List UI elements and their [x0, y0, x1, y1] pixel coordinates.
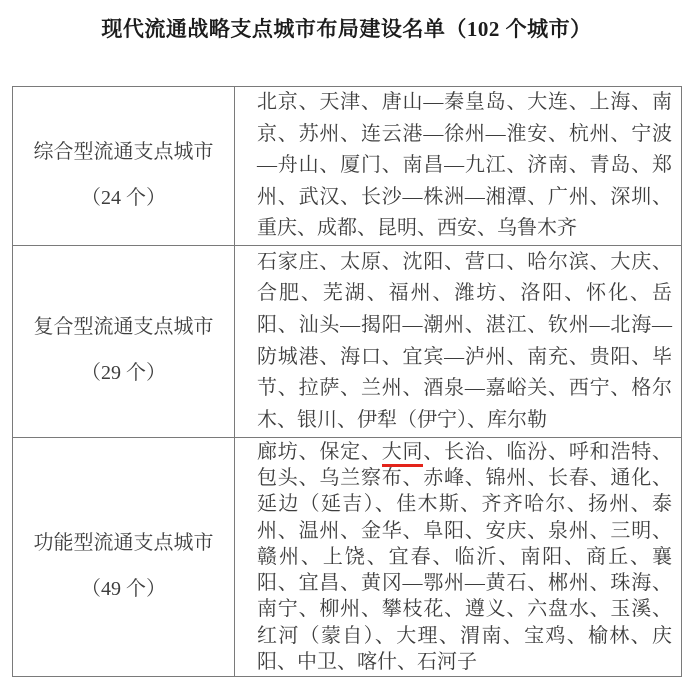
- cities-text-functional: 廊坊、保定、大同、长治、临汾、呼和浩特、包头、乌兰察布、赤峰、锦州、长春、通化、…: [257, 439, 672, 676]
- cities-text-comprehensive: 北京、天津、唐山—秦皇岛、大连、上海、南京、苏州、连云港—徐州—淮安、杭州、宁波…: [257, 87, 672, 245]
- cities-segment-underlined-datong: 大同: [382, 441, 424, 467]
- city-list-table: 综合型流通支点城市 （24 个） 北京、天津、唐山—秦皇岛、大连、上海、南京、苏…: [12, 86, 682, 677]
- cities-cell-functional: 廊坊、保定、大同、长治、临汾、呼和浩特、包头、乌兰察布、赤峰、锦州、长春、通化、…: [234, 437, 681, 676]
- category-name-comprehensive: 综合型流通支点城市: [34, 135, 214, 164]
- cities-cell-comprehensive: 北京、天津、唐山—秦皇岛、大连、上海、南京、苏州、连云港—徐州—淮安、杭州、宁波…: [234, 87, 681, 245]
- cities-segment-after: 、长治、临汾、呼和浩特、包头、乌兰察布、赤峰、锦州、长春、通化、延边（延吉）、佳…: [257, 441, 672, 673]
- document-title: 现代流通战略支点城市布局建设名单（102 个城市）: [0, 13, 693, 43]
- category-count-composite: （29 个）: [81, 356, 166, 385]
- category-count-functional: （49 个）: [81, 572, 166, 601]
- category-cell-comprehensive: 综合型流通支点城市 （24 个）: [13, 87, 234, 245]
- category-cell-functional: 功能型流通支点城市 （49 个）: [13, 437, 234, 676]
- category-name-functional: 功能型流通支点城市: [34, 526, 214, 555]
- category-name-composite: 复合型流通支点城市: [34, 310, 214, 339]
- document-page: 现代流通战略支点城市布局建设名单（102 个城市） 综合型流通支点城市 （24 …: [0, 0, 693, 693]
- cities-segment-before: 廊坊、保定、: [257, 441, 382, 463]
- cities-cell-composite: 石家庄、太原、沈阳、营口、哈尔滨、大庆、合肥、芜湖、福州、潍坊、洛阳、怀化、岳阳…: [234, 245, 681, 437]
- category-count-comprehensive: （24 个）: [81, 181, 166, 210]
- cities-text-composite: 石家庄、太原、沈阳、营口、哈尔滨、大庆、合肥、芜湖、福州、潍坊、洛阳、怀化、岳阳…: [257, 247, 672, 437]
- category-cell-composite: 复合型流通支点城市 （29 个）: [13, 245, 234, 437]
